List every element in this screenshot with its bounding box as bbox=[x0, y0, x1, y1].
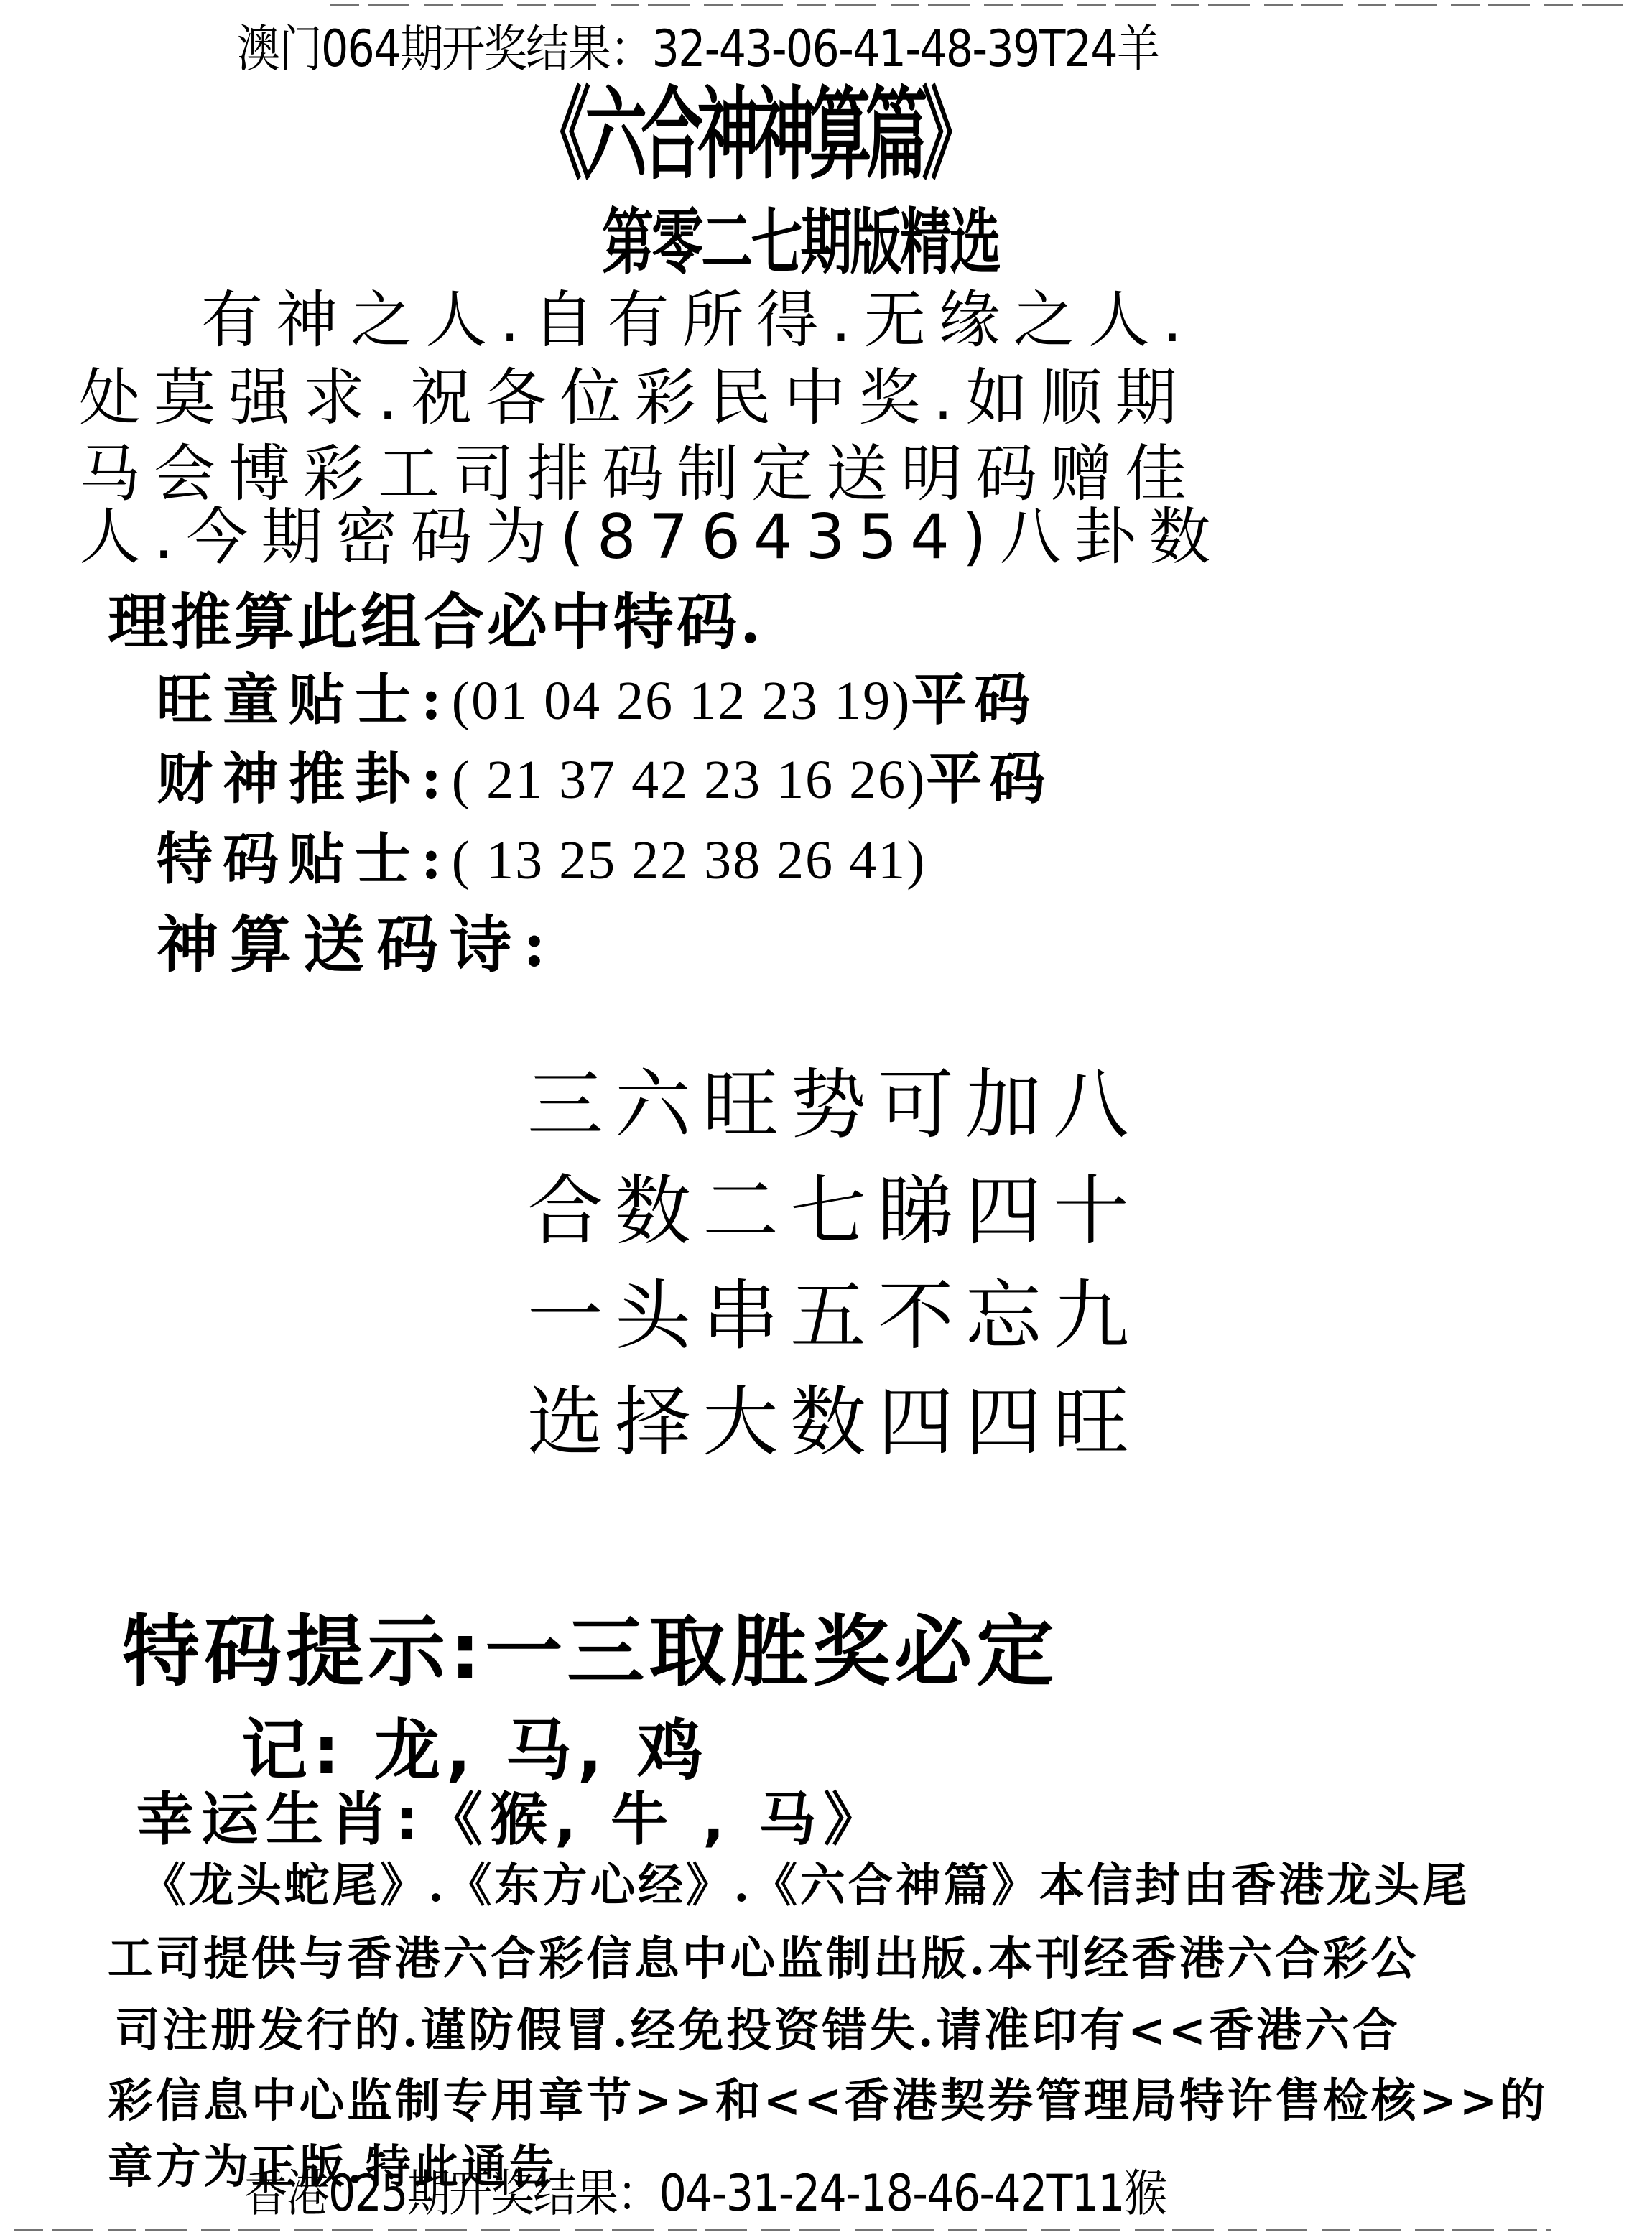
tip-suffix: 平码 bbox=[926, 746, 1052, 812]
tip-row-caishen: 财神推卦:( 21 37 42 23 16 26)平码 bbox=[157, 747, 1052, 812]
footer-line: 司注册发行的.谨防假冒.经免投资错失.请准印有<<香港六合 bbox=[115, 2004, 1401, 2058]
macau-draw-result: 澳门064期开奖结果：32-43-06-41-48-39T24羊 bbox=[237, 20, 1159, 78]
footer-line: 彩信息中心监制专用章节>>和<<香港契券管理局特许售检核>>的 bbox=[108, 2074, 1548, 2129]
tip-suffix: 平码 bbox=[911, 667, 1037, 733]
poem-line: 选择大数四四旺 bbox=[527, 1383, 1141, 1462]
poem-line: 一头串五不忘九 bbox=[527, 1277, 1141, 1356]
scan-artifact-bottom bbox=[14, 2229, 1551, 2231]
tip-label: 财神推卦: bbox=[157, 746, 452, 812]
special-hint: 特码提示:一三取胜奖必定 bbox=[122, 1606, 1058, 1699]
lucky-zodiacs: 幸运生肖:《猴, 牛 , 马》 bbox=[136, 1785, 888, 1854]
remember-zodiacs: 记: 龙, 马, 鸡 bbox=[241, 1714, 709, 1788]
footer-line: 工司提供与香港六合彩信息中心监制出版.本刊经香港六合彩公 bbox=[108, 1932, 1419, 1987]
hk-draw-result: 香港025期开奖结果：04-31-24-18-46-42T11猴 bbox=[244, 2165, 1166, 2222]
tip-label: 特码贴士: bbox=[157, 827, 452, 892]
footer-line: 《龙头蛇尾》.《东方心经》.《六合神篇》本信封由香港龙头尾 bbox=[141, 1859, 1470, 1913]
tip-row-tema: 特码贴士:( 13 25 22 38 26 41) bbox=[157, 827, 926, 893]
page-title: 《六合神神算篇》 bbox=[529, 78, 978, 192]
intro-line: 人.今期密码为(8764354)八卦数 bbox=[79, 503, 1223, 572]
calc-heading: 理推算此组合必中特码. bbox=[108, 587, 764, 656]
tip-numbers: ( 21 37 42 23 16 26) bbox=[452, 750, 927, 810]
poem-line: 合数二七睇四十 bbox=[527, 1172, 1141, 1251]
intro-line: 处莫强求.祝各位彩民中奖.如顺期 bbox=[79, 363, 1190, 432]
poem-line: 三六旺势可加八 bbox=[527, 1066, 1141, 1145]
issue-subtitle: 第零二七期版精选 bbox=[602, 203, 999, 282]
tip-numbers: (01 04 26 12 23 19) bbox=[452, 671, 911, 731]
intro-line: 马会博彩工司排码制定送明码赠佳 bbox=[79, 440, 1199, 508]
poem-heading: 神算送码诗: bbox=[157, 909, 557, 981]
scan-artifact-top bbox=[330, 4, 1638, 6]
tip-numbers: ( 13 25 22 38 26 41) bbox=[452, 830, 927, 891]
tip-row-wangtong: 旺童贴士:(01 04 26 12 23 19)平码 bbox=[157, 668, 1037, 733]
tip-label: 旺童贴士: bbox=[157, 667, 452, 733]
intro-line: 有神之人.自有所得.无缘之人. bbox=[201, 286, 1195, 355]
